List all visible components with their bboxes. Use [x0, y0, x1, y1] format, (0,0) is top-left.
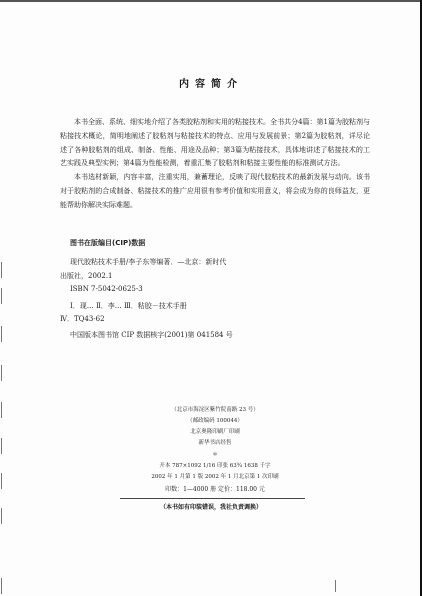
cip-isbn: ISBN 7-5042-0625-3 — [70, 285, 143, 293]
print-run-price: 印数：1—4000 册 定价：118.00 元 — [100, 484, 330, 493]
edge-mark — [1, 365, 2, 381]
distributor: 新华书店经售 — [100, 438, 330, 446]
summary-section: 本书全面、系统、细实地介绍了各类胶粘剂和实用的粘接技术。全书共分4篇：第1篇为胶… — [60, 116, 370, 213]
publisher-address: （北京市海淀区紫竹院南路 23 号） — [100, 405, 330, 413]
printer: 北京奥隆印刷厂印刷 — [100, 427, 330, 435]
cip-line: 出版社，2002.1 — [60, 271, 113, 281]
format-info: 开本 787×1092 1/16 印张 63¾ 1638 千字 — [100, 461, 330, 469]
page-top-edge — [0, 0, 422, 2]
cip-line: 现代胶粘技术手册/李子东等编著．—北京：新时代 — [70, 257, 226, 267]
bottom-edge-mark — [335, 580, 336, 592]
edge-mark — [1, 288, 2, 304]
edge-mark — [1, 326, 2, 342]
edge-mark — [1, 473, 2, 489]
postcode: （邮政编码 100044） — [100, 416, 330, 424]
misprint-notice: （本书如有印装错误，我社负责调换） — [0, 502, 422, 511]
cip-line: 中国版本图书馆 CIP 数据核字(2001)第 041584 号 — [70, 330, 233, 340]
edge-mark — [1, 578, 2, 594]
separator: ＊ — [100, 450, 330, 458]
divider-rule — [120, 498, 305, 499]
cip-heading: 图书在版编目(CIP)数据 — [70, 238, 145, 248]
edition-info: 2002 年 1 月第 1 版 2002 年 1 月北京第 1 次印刷 — [100, 472, 330, 480]
edge-mark — [1, 262, 2, 278]
page-title: 内容简介 — [0, 75, 422, 90]
summary-paragraph: 本书选材新颖，内容丰富，注重实用，兼蓄理论，反映了现代胶粘技术的最新发展与动向。… — [60, 171, 370, 212]
cip-line: Ⅰ．现… Ⅱ．李… Ⅲ．粘胶－技术手册 — [70, 301, 187, 311]
cip-line: Ⅳ．TQ43-62 — [60, 314, 105, 324]
edge-mark — [1, 438, 2, 454]
edge-mark — [1, 402, 2, 418]
summary-paragraph: 本书全面、系统、细实地介绍了各类胶粘剂和实用的粘接技术。全书共分4篇：第1篇为胶… — [60, 116, 370, 171]
